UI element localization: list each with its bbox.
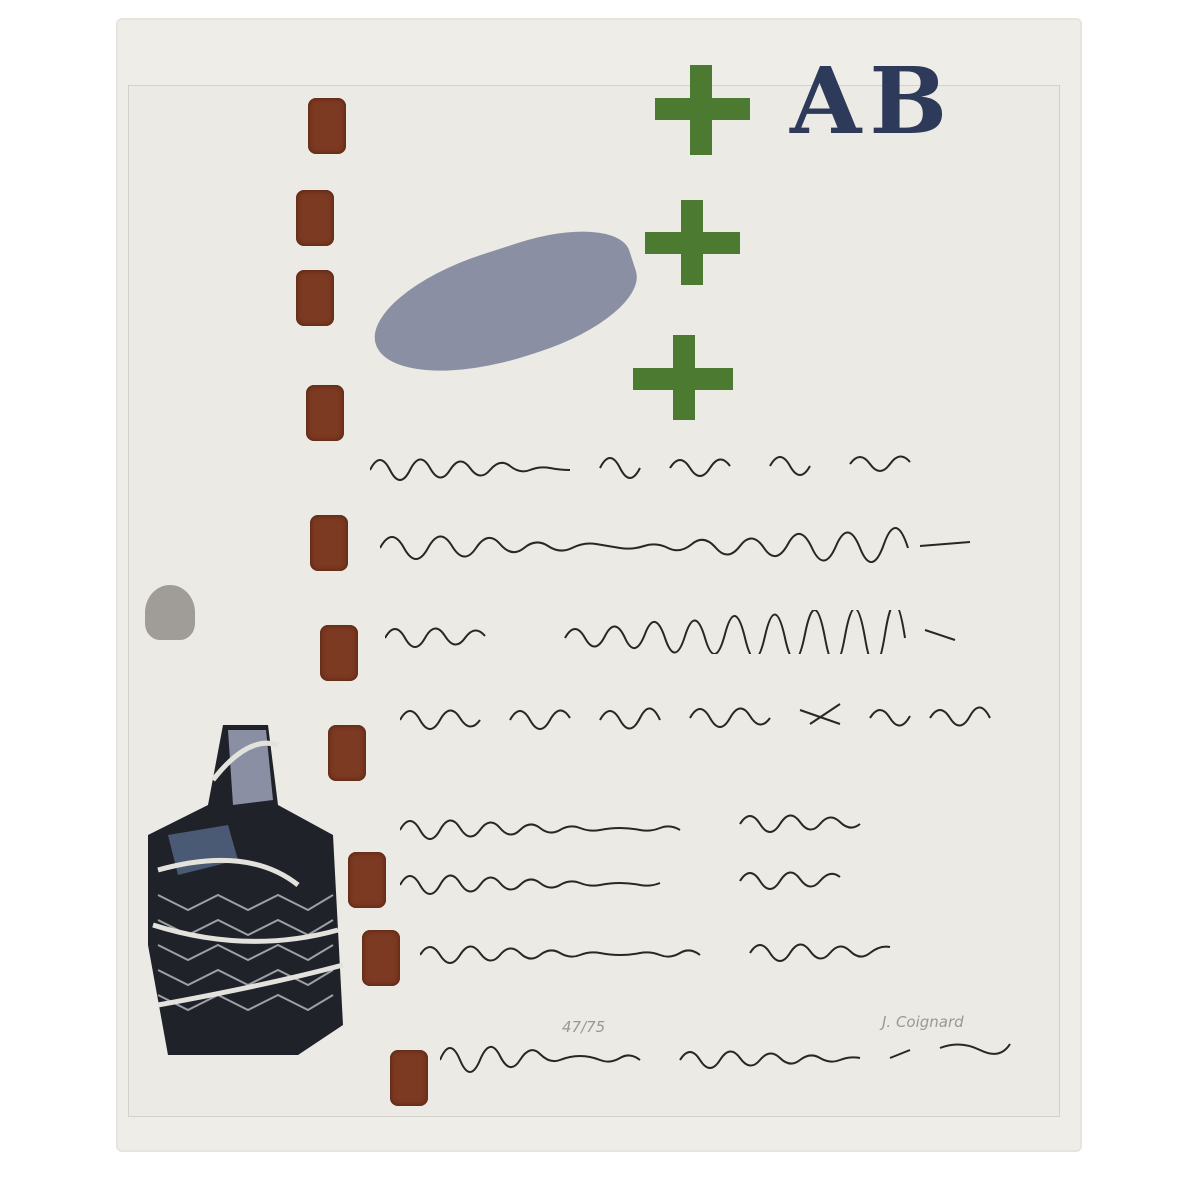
scribble-line-8 <box>440 1030 1020 1074</box>
brick-mark-1 <box>308 98 346 154</box>
artist-signature: J. Coignard <box>882 1013 964 1031</box>
stencil-letters-ab: AB <box>790 55 955 147</box>
green-cross-1 <box>655 65 750 155</box>
scribble-line-2 <box>380 520 980 564</box>
brick-mark-9 <box>362 930 400 986</box>
scribble-line-5 <box>400 800 920 844</box>
gray-smudge <box>145 585 195 640</box>
scribble-line-1 <box>370 440 970 484</box>
brick-mark-5 <box>310 515 348 571</box>
brick-mark-10 <box>390 1050 428 1106</box>
wrapped-figure <box>148 725 348 1055</box>
edition-number: 47/75 <box>562 1018 605 1036</box>
scribble-line-3 <box>385 610 965 654</box>
brick-mark-3 <box>296 270 334 326</box>
brick-mark-2 <box>296 190 334 246</box>
brick-mark-6 <box>320 625 358 681</box>
scribble-line-7 <box>420 925 920 969</box>
brick-mark-4 <box>306 385 344 441</box>
scribble-line-4 <box>400 690 1010 734</box>
green-cross-2 <box>645 200 740 285</box>
brick-mark-8 <box>348 852 386 908</box>
scribble-line-6 <box>400 855 920 899</box>
green-cross-3 <box>633 335 733 420</box>
